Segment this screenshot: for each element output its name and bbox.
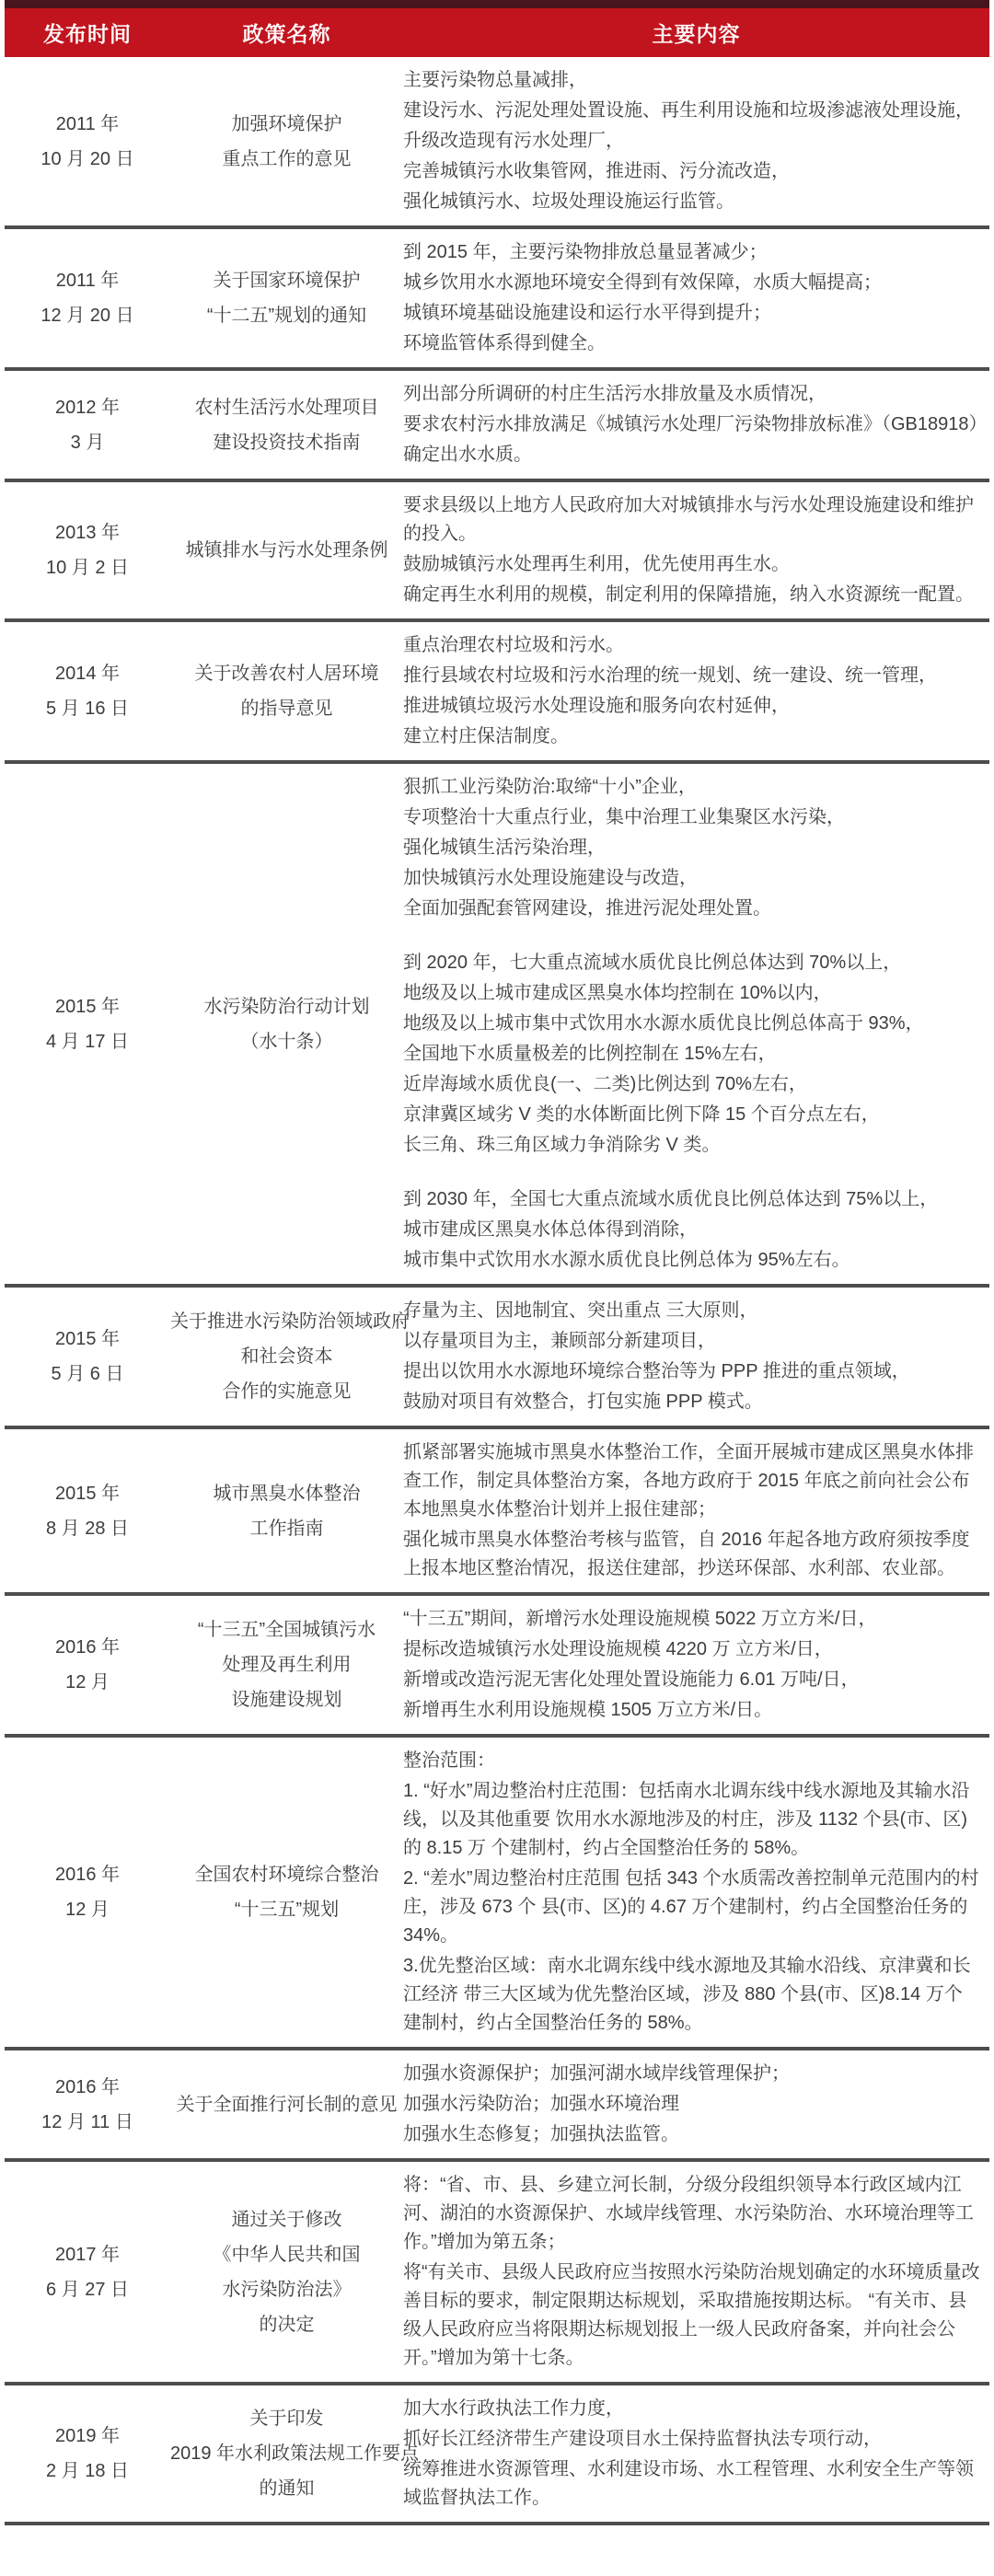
main-content-cell: “十三五”期间，新增污水处理设施规模 5022 万立方米/日，提标改造城镇污水处… (403, 1604, 989, 1726)
publish-date-cell: 2016 年12 月 (5, 1630, 170, 1700)
policy-name-cell: 关于推进水污染防治领域政府和社会资本合作的实施意见 (170, 1304, 403, 1409)
content-line: 城市建成区黑臭水体总体得到消除， (403, 1216, 982, 1244)
table-row: 2016 年12 月 全国农村环境综合整治“十三五”规划 整治范围：1. “好水… (5, 1738, 989, 2050)
content-line: 新增或改造污泥无害化处理处置设施能力 6.01 万吨/日， (403, 1666, 982, 1694)
publish-date-cell: 2011 年12 月 20 日 (5, 263, 170, 333)
publish-date-line: 2014 年 (5, 656, 170, 691)
main-content-cell: 整治范围：1. “好水”周边整治村庄范围：包括南水北调东线中线水源地及其输水沿线… (403, 1746, 989, 2039)
publish-date-cell: 2013 年10 月 2 日 (5, 515, 170, 585)
main-content-cell: 到 2015 年，主要污染物排放总量显著减少；城乡饮用水水源地环境安全得到有效保… (403, 237, 989, 359)
table-row: 2011 年10 月 20 日 加强环境保护重点工作的意见 主要污染物总量减排，… (5, 57, 989, 229)
content-line: 提标改造城镇污水处理设施规模 4220 万 立方米/日， (403, 1635, 982, 1664)
policy-name-line: 关于全面推行河长制的意见 (170, 2087, 403, 2122)
publish-date-cell: 2019 年2 月 18 日 (5, 2419, 170, 2489)
table-row: 2011 年12 月 20 日 关于国家环境保护“十二五”规划的通知 到 201… (5, 229, 989, 371)
table-row: 2015 年8 月 28 日 城市黑臭水体整治工作指南 抓紧部署实施城市黑臭水体… (5, 1429, 989, 1596)
content-line: 将“有关市、县级人民政府应当按照水污染防治规划确定的水环境质量改善目标的要求，制… (403, 2258, 982, 2373)
content-line: 城乡饮用水水源地环境安全得到有效保障，水质大幅提高； (403, 269, 982, 297)
publish-date-line: 2015 年 (5, 1476, 170, 1511)
content-line: 近岸海域水质优良(一、二类)比例达到 70%左右， (403, 1070, 982, 1099)
policy-name-line: “十三五”全国城镇污水 (170, 1612, 403, 1647)
publish-date-line: 2016 年 (5, 1630, 170, 1665)
main-content-cell: 将：“省、市、县、乡建立河长制，分级分段组织领导本行政区域内江河、湖泊的水资源保… (403, 2170, 989, 2374)
content-line: 3.优先整治区域：南水北调东线中线水源地及其输水沿线、京津冀和长江经济 带三大区… (403, 1952, 982, 2038)
content-line: 加强水污染防治；加强水环境治理 (403, 2090, 982, 2119)
table-row: 2012 年3 月 农村生活污水处理项目建设投资技术指南 列出部分所调研的村庄生… (5, 371, 989, 482)
publish-date-cell: 2014 年5 月 16 日 (5, 656, 170, 726)
content-line: 将：“省、市、县、乡建立河长制，分级分段组织领导本行政区域内江河、湖泊的水资源保… (403, 2171, 982, 2257)
table-body: 2011 年10 月 20 日 加强环境保护重点工作的意见 主要污染物总量减排，… (5, 57, 989, 2525)
content-line: 确定再生水利用的规模，制定利用的保障措施，纳入水资源统一配置。 (403, 581, 982, 609)
policy-name-cell: 加强环境保护重点工作的意见 (170, 107, 403, 177)
content-line: 2. “差水”周边整治村庄范围 包括 343 个水质需改善控制单元范围内的村庄，… (403, 1865, 982, 1950)
table-header-row: 发布时间 政策名称 主要内容 (5, 8, 989, 57)
policy-name-cell: 关于全面推行河长制的意见 (170, 2087, 403, 2122)
publish-date-line: 5 月 6 日 (5, 1357, 170, 1392)
content-line: 存量为主、因地制宜、突出重点 三大原则， (403, 1297, 982, 1325)
publish-date-line: 5 月 16 日 (5, 691, 170, 726)
main-content-cell: 重点治理农村垃圾和污水。推行县域农村垃圾和污水治理的统一规划、统一建设、统一管理… (403, 630, 989, 752)
publish-date-line: 2016 年 (5, 2070, 170, 2105)
content-line: 要求县级以上地方人民政府加大对城镇排水与污水处理设施建设和维护的投入。 (403, 491, 982, 549)
content-line: 全面加强配套管网建设，推进污泥处理处置。 (403, 895, 982, 923)
publish-date-line: 3 月 (5, 425, 170, 460)
policy-name-cell: 城镇排水与污水处理条例 (170, 533, 403, 568)
policy-name-cell: 关于印发2019 年水利政策法规工作要点的通知 (170, 2401, 403, 2506)
content-line: 确定出水水质。 (403, 441, 982, 469)
content-line: 加大水行政执法工作力度， (403, 2395, 982, 2423)
policy-name-cell: 水污染防治行动计划（水十条） (170, 989, 403, 1059)
content-line: 到 2020 年，七大重点流域水质优良比例总体达到 70%以上， (403, 949, 982, 977)
content-line: 专项整治十大重点行业，集中治理工业集聚区水污染， (403, 803, 982, 832)
publish-date-line: 2012 年 (5, 390, 170, 425)
publish-date-cell: 2011 年10 月 20 日 (5, 107, 170, 177)
content-line: 整治范围： (403, 1747, 982, 1775)
content-line: 升级改造现有污水处理厂， (403, 127, 982, 156)
publish-date-line: 12 月 20 日 (5, 298, 170, 333)
table-row: 2013 年10 月 2 日 城镇排水与污水处理条例 要求县级以上地方人民政府加… (5, 482, 989, 622)
publish-date-line: 6 月 27 日 (5, 2272, 170, 2307)
main-content-cell: 列出部分所调研的村庄生活污水排放量及水质情况，要求农村污水排放满足《城镇污水处理… (403, 379, 989, 470)
policy-name-cell: 关于改善农村人居环境的指导意见 (170, 656, 403, 726)
policy-name-line: 重点工作的意见 (170, 142, 403, 177)
content-line: 统筹推进水资源管理、水利建设市场、水工程管理、水利安全生产等领域监督执法工作。 (403, 2455, 982, 2512)
policy-name-line: 的指导意见 (170, 691, 403, 726)
policy-name-cell: 关于国家环境保护“十二五”规划的通知 (170, 263, 403, 333)
content-line: 以存量项目为主，兼顾部分新建项目， (403, 1327, 982, 1356)
table-row: 2015 年4 月 17 日 水污染防治行动计划（水十条） 狠抓工业污染防治:取… (5, 764, 989, 1288)
content-line: 加强水资源保护；加强河湖水域岸线管理保护； (403, 2060, 982, 2088)
content-line: 地级及以上城市集中式饮用水水源水质优良比例总体高于 93%， (403, 1010, 982, 1038)
content-line: 提出以饮用水水源地环境综合整治等为 PPP 推进的重点领域， (403, 1357, 982, 1386)
policy-name-line: 和社会资本 (170, 1339, 403, 1374)
main-content-cell: 主要污染物总量减排，建设污水、污泥处理处置设施、再生利用设施和垃圾渗滤液处理设施… (403, 65, 989, 217)
policy-name-line: “十二五”规划的通知 (170, 298, 403, 333)
publish-date-cell: 2012 年3 月 (5, 390, 170, 460)
table-row: 2019 年2 月 18 日 关于印发2019 年水利政策法规工作要点的通知 加… (5, 2385, 989, 2525)
policy-name-line: 农村生活污水处理项目 (170, 390, 403, 425)
main-content-cell: 要求县级以上地方人民政府加大对城镇排水与污水处理设施建设和维护的投入。鼓励城镇污… (403, 491, 989, 610)
content-line: 鼓励对项目有效整合，打包实施 PPP 模式。 (403, 1388, 982, 1416)
table-row: 2016 年12 月 “十三五”全国城镇污水处理及再生利用设施建设规划 “十三五… (5, 1596, 989, 1738)
content-line: 主要污染物总量减排， (403, 66, 982, 95)
table-row: 2015 年5 月 6 日 关于推进水污染防治领域政府和社会资本合作的实施意见 … (5, 1288, 989, 1429)
policy-name-cell: 城市黑臭水体整治工作指南 (170, 1476, 403, 1546)
content-line: 加快城镇污水处理设施建设与改造， (403, 864, 982, 893)
publish-date-line: 8 月 28 日 (5, 1511, 170, 1546)
content-line: 鼓励城镇污水处理再生利用，优先使用再生水。 (403, 550, 982, 579)
content-line: 强化城镇生活污染治理， (403, 834, 982, 862)
publish-date-cell: 2015 年4 月 17 日 (5, 989, 170, 1059)
publish-date-cell: 2015 年5 月 6 日 (5, 1322, 170, 1392)
policy-name-line: 加强环境保护 (170, 107, 403, 142)
publish-date-line: 12 月 11 日 (5, 2105, 170, 2140)
content-line: 强化城市黑臭水体整治考核与监管，自 2016 年起各地方政府须按季度上报本地区整… (403, 1526, 982, 1583)
content-line: 完善城镇污水收集管网，推进雨、污分流改造， (403, 157, 982, 186)
policy-name-line: 设施建设规划 (170, 1682, 403, 1717)
policy-name-line: 城镇排水与污水处理条例 (170, 533, 403, 568)
main-content-cell: 加强水资源保护；加强河湖水域岸线管理保护；加强水污染防治；加强水环境治理加强水生… (403, 2059, 989, 2150)
publish-date-line: 2017 年 (5, 2237, 170, 2272)
policy-name-line: （水十条） (170, 1024, 403, 1059)
policy-table: 发布时间 政策名称 主要内容 2011 年10 月 20 日 加强环境保护重点工… (5, 0, 989, 2525)
publish-date-line: 4 月 17 日 (5, 1024, 170, 1059)
content-line: 抓紧部署实施城市黑臭水体整治工作，全面开展城市建成区黑臭水体排查工作，制定具体整… (403, 1438, 982, 1524)
content-blank-line (403, 1161, 982, 1184)
publish-date-line: 2011 年 (5, 263, 170, 298)
policy-name-cell: “十三五”全国城镇污水处理及再生利用设施建设规划 (170, 1612, 403, 1717)
policy-name-line: 的决定 (170, 2307, 403, 2342)
policy-name-line: 《中华人民共和国 (170, 2237, 403, 2272)
content-line: 加强水生态修复；加强执法监管。 (403, 2120, 982, 2149)
publish-date-cell: 2015 年8 月 28 日 (5, 1476, 170, 1546)
main-content-cell: 存量为主、因地制宜、突出重点 三大原则，以存量项目为主，兼顾部分新建项目，提出以… (403, 1296, 989, 1417)
publish-date-cell: 2017 年6 月 27 日 (5, 2237, 170, 2307)
content-line: 重点治理农村垃圾和污水。 (403, 631, 982, 660)
content-line: 要求农村污水排放满足《城镇污水处理厂污染物排放标准》（GB18918） (403, 410, 982, 439)
table-row: 2016 年12 月 11 日 关于全面推行河长制的意见 加强水资源保护；加强河… (5, 2050, 989, 2162)
publish-date-line: 2016 年 (5, 1857, 170, 1892)
column-header-policy-name: 政策名称 (170, 17, 403, 48)
publish-date-line: 2 月 18 日 (5, 2454, 170, 2489)
content-line: 全国地下水质量极差的比例控制在 15%左右， (403, 1040, 982, 1069)
content-line: 强化城镇污水、垃圾处理设施运行监管。 (403, 188, 982, 216)
main-content-cell: 狠抓工业污染防治:取缔“十小”企业，专项整治十大重点行业，集中治理工业集聚区水污… (403, 772, 989, 1276)
publish-date-line: 2013 年 (5, 515, 170, 550)
content-line: 推进城镇垃圾污水处理设施和服务向农村延伸， (403, 692, 982, 721)
publish-date-line: 2011 年 (5, 107, 170, 142)
content-line: 环境监管体系得到健全。 (403, 329, 982, 358)
policy-name-cell: 全国农村环境综合整治“十三五”规划 (170, 1857, 403, 1927)
publish-date-line: 2015 年 (5, 1322, 170, 1357)
policy-name-line: 关于国家环境保护 (170, 263, 403, 298)
policy-name-line: “十三五”规划 (170, 1892, 403, 1927)
content-line: 城市集中式饮用水水源水质优良比例总体为 95%左右。 (403, 1246, 982, 1275)
table-row: 2014 年5 月 16 日 关于改善农村人居环境的指导意见 重点治理农村垃圾和… (5, 622, 989, 764)
policy-name-line: 水污染防治行动计划 (170, 989, 403, 1024)
content-line: 城镇环境基础设施建设和运行水平得到提升； (403, 299, 982, 328)
policy-name-cell: 通过关于修改《中华人民共和国水污染防治法》的决定 (170, 2202, 403, 2342)
policy-name-cell: 农村生活污水处理项目建设投资技术指南 (170, 390, 403, 460)
policy-name-line: 工作指南 (170, 1511, 403, 1546)
publish-date-cell: 2016 年12 月 (5, 1857, 170, 1927)
content-line: 1. “好水”周边整治村庄范围：包括南水北调东线中线水源地及其输水沿线，以及其他… (403, 1777, 982, 1863)
content-line: 到 2030 年，全国七大重点流域水质优良比例总体达到 75%以上， (403, 1185, 982, 1214)
content-line: 京津冀区域劣 V 类的水体断面比例下降 15 个百分点左右， (403, 1101, 982, 1129)
policy-name-line: 关于推进水污染防治领域政府 (170, 1304, 403, 1339)
content-line: 到 2015 年，主要污染物排放总量显著减少； (403, 238, 982, 267)
content-line: 长三角、珠三角区域力争消除劣 V 类。 (403, 1131, 982, 1160)
column-header-main-content: 主要内容 (403, 17, 989, 48)
publish-date-line: 12 月 (5, 1665, 170, 1700)
column-header-publish-date: 发布时间 (5, 17, 170, 48)
publish-date-line: 12 月 (5, 1892, 170, 1927)
policy-name-line: 建设投资技术指南 (170, 425, 403, 460)
content-line: 列出部分所调研的村庄生活污水排放量及水质情况， (403, 380, 982, 409)
header-top-strip (5, 0, 989, 8)
content-blank-line (403, 925, 982, 947)
policy-name-line: 全国农村环境综合整治 (170, 1857, 403, 1892)
policy-name-line: 通过关于修改 (170, 2202, 403, 2237)
policy-name-line: 合作的实施意见 (170, 1374, 403, 1409)
policy-name-line: 关于改善农村人居环境 (170, 656, 403, 691)
policy-name-line: 2019 年水利政策法规工作要点 (170, 2436, 403, 2471)
table-row: 2017 年6 月 27 日 通过关于修改《中华人民共和国水污染防治法》的决定 … (5, 2162, 989, 2385)
content-line: 推行县域农村垃圾和污水治理的统一规划、统一建设、统一管理， (403, 662, 982, 690)
publish-date-line: 2019 年 (5, 2419, 170, 2454)
policy-name-line: 城市黑臭水体整治 (170, 1476, 403, 1511)
publish-date-cell: 2016 年12 月 11 日 (5, 2070, 170, 2140)
policy-name-line: 的通知 (170, 2471, 403, 2506)
policy-name-line: 关于印发 (170, 2401, 403, 2436)
content-line: 建设污水、污泥处理处置设施、再生利用设施和垃圾渗滤液处理设施， (403, 97, 982, 125)
content-line: 狠抓工业污染防治:取缔“十小”企业， (403, 773, 982, 802)
policy-name-line: 处理及再生利用 (170, 1647, 403, 1682)
content-line: 建立村庄保洁制度。 (403, 722, 982, 751)
content-line: 抓好长江经济带生产建设项目水土保持监督执法专项行动， (403, 2425, 982, 2454)
publish-date-line: 10 月 20 日 (5, 142, 170, 177)
publish-date-line: 10 月 2 日 (5, 550, 170, 585)
content-line: 新增再生水利用设施规模 1505 万立方米/日。 (403, 1696, 982, 1725)
publish-date-line: 2015 年 (5, 989, 170, 1024)
main-content-cell: 加大水行政执法工作力度，抓好长江经济带生产建设项目水土保持监督执法专项行动，统筹… (403, 2394, 989, 2513)
policy-name-line: 水污染防治法》 (170, 2272, 403, 2307)
main-content-cell: 抓紧部署实施城市黑臭水体整治工作，全面开展城市建成区黑臭水体排查工作，制定具体整… (403, 1438, 989, 1584)
content-line: 地级及以上城市建成区黑臭水体均控制在 10%以内， (403, 979, 982, 1008)
content-line: “十三五”期间，新增污水处理设施规模 5022 万立方米/日， (403, 1605, 982, 1634)
